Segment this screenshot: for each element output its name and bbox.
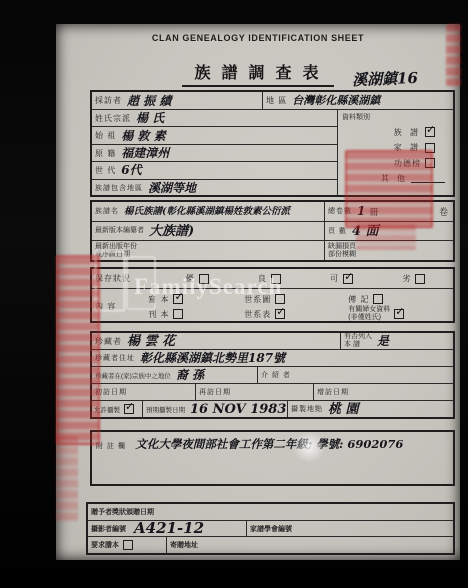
holder-address-value: 彰化縣溪湖鎮北勢里187號 — [140, 352, 285, 364]
handwritten-sheet-number: 溪湖鎮16 — [352, 67, 419, 90]
content-option-pedigree-table: 世系表 ✓ — [244, 309, 348, 320]
first-visit-label: 初訪日期 — [95, 387, 127, 397]
society-no-label: 家譜學會編號 — [250, 524, 292, 534]
area-label: 地 區 — [266, 95, 287, 106]
compiler-cell: 最新版本編纂者 大族譜) — [92, 221, 324, 241]
checkbox-good — [271, 274, 281, 284]
checkbox-film-permit: ✓ — [124, 404, 134, 414]
category-item-zupu: 族 譜 ✓ — [342, 127, 449, 138]
category-item-merit-board: 功德榜 — [342, 158, 449, 169]
generations-cell: 世 代 6代 — [92, 162, 337, 178]
missing-pages-label: 缺漏損頁部份模糊 — [328, 243, 356, 259]
checkbox-printed — [173, 309, 183, 319]
condition-option-fair: 可 ✓ — [330, 273, 353, 284]
film-date-value: 16 NOV 1983 — [190, 403, 286, 416]
content-option-pedigree-chart: 世系圖 — [244, 294, 348, 305]
condition-row: 保存狀況 優 良 可 ✓ 劣 — [92, 269, 453, 288]
second-visit-cell: 再訪日期 — [195, 384, 313, 400]
additional-visit-label: 增訪日期 — [317, 387, 349, 397]
form-title-chinese: 族譜調查表 — [182, 60, 333, 87]
photographer-no-value: A421-12 — [134, 521, 204, 536]
area-cell: 地 區 台灣彰化縣溪湖鎮 — [262, 92, 453, 109]
table-row: 世 代 6代 — [92, 161, 337, 178]
first-ancestor-cell: 始 祖 楊 敦 素 — [92, 127, 337, 143]
condition-option-good: 良 — [258, 273, 281, 284]
transcript-label: 要求謄本 — [91, 540, 119, 550]
condition-option-excellent: 優 — [186, 273, 209, 284]
film-date-cell: 預期攝製日期 16 NOV 1983 — [142, 401, 287, 417]
checkbox-pedigree-table: ✓ — [275, 309, 285, 319]
origin-cell: 原 籍 福建漳州 — [92, 145, 337, 161]
pages-label: 頁 數 — [328, 226, 347, 236]
checkbox-fair: ✓ — [343, 274, 353, 284]
holder-position-label: 珍藏者在(家)宗族中之地位 — [95, 371, 171, 380]
microfilm-photo-frame: CLAN GENEALOGY IDENTIFICATION SHEET 族譜調查… — [0, 0, 468, 588]
film-permit-label: 允許攝製 — [94, 405, 120, 414]
listed-cell: 有否列入本 譜 是 — [340, 333, 453, 349]
checkmark: ✓ — [426, 123, 435, 136]
photographer-no-label: 攝影者編號 — [91, 524, 126, 534]
film-permit-cell: 允許攝製 ✓ — [92, 401, 142, 417]
holder-address-cell: 珍藏者住址 彰化縣溪湖鎮北勢里187號 — [92, 350, 453, 366]
checkbox-poor — [415, 274, 425, 284]
content-option-women-data: 有關婦女資料(非僅姓氏) ✓ — [348, 306, 450, 322]
award-date-cell: 贈予者獎狀頒贈日期 — [88, 504, 453, 520]
first-ancestor-label: 始 祖 — [95, 130, 116, 141]
film-place-value: 桃 園 — [328, 403, 359, 416]
office-use-table: 贈予者獎狀頒贈日期 攝影者編號 A421-12 家譜學會編號 要求謄本 — [86, 502, 455, 555]
book-title-label: 族譜名 — [95, 206, 119, 216]
notes-label: 附 註 欄 — [96, 443, 126, 450]
pub-year-cell: 最新出版年份或序跋日期 — [92, 240, 324, 260]
second-visit-label: 再訪日期 — [199, 387, 231, 397]
category-jiapu-label: 家 譜 — [394, 142, 421, 153]
table-row: 初訪日期 再訪日期 增訪日期 — [92, 383, 453, 400]
condition-options: 優 良 可 ✓ 劣 — [161, 273, 450, 284]
checkbox-pedigree-chart — [275, 294, 285, 304]
surname-value: 楊 氏 — [136, 112, 164, 124]
missing-pages-cell: 缺漏損頁部份模糊 — [325, 240, 453, 260]
table-row: 攝影者編號 A421-12 家譜學會編號 — [88, 520, 453, 537]
interviewer-label: 採訪者 — [95, 95, 122, 106]
checkbox-manuscript: ✓ — [173, 294, 183, 304]
checkbox-women-data: ✓ — [394, 309, 404, 319]
generations-label: 世 代 — [95, 165, 116, 176]
holder-value: 楊 雲 花 — [127, 335, 175, 348]
book-info-right-column: 總卷數 1 冊 卷 頁 數 4 面 缺漏損頁部份模糊 — [324, 202, 453, 260]
other-fill-line — [411, 174, 445, 183]
generations-value: 6代 — [121, 164, 141, 176]
checkbox-transcript — [123, 540, 133, 550]
content-label: 內 容 — [95, 301, 116, 312]
interviewer-cell: 採訪者 趙 振 績 — [92, 92, 262, 109]
transcript-cell: 要求謄本 — [88, 537, 166, 553]
checkbox-jiapu — [425, 143, 435, 153]
table-row: 姓氏宗派 楊 氏 — [92, 110, 337, 126]
book-title-cell: 族譜名 楊氏族譜(彰化縣溪湖鎮楊姓敦素公衍派 — [92, 202, 324, 221]
condition-label: 保存狀況 — [95, 273, 131, 284]
table-row: 始 祖 楊 敦 素 — [92, 126, 337, 143]
category-merit-label: 功德榜 — [394, 158, 421, 169]
pages-cell: 頁 數 4 面 — [325, 221, 453, 241]
genealogy-form-document: CLAN GENEALOGY IDENTIFICATION SHEET 族譜調查… — [56, 24, 460, 560]
form-header-english: CLAN GENEALOGY IDENTIFICATION SHEET — [56, 33, 460, 43]
table-row: 珍藏者 楊 雲 花 有否列入本 譜 是 — [92, 333, 453, 349]
table-row: 珍藏者在(家)宗族中之地位 裔 孫 介 紹 者 — [92, 366, 453, 383]
data-category-box: 資料類別 族 譜 ✓ 家 譜 功德榜 其 他 — [337, 110, 453, 196]
table-row: 族譜包含地區 溪湖等地 — [92, 179, 337, 196]
category-other-label: 其 他 — [381, 173, 408, 184]
checkbox-excellent — [199, 274, 209, 284]
table-row: 允許攝製 ✓ 預期攝製日期 16 NOV 1983 攝製地點 桃 園 — [92, 400, 453, 417]
origin-label: 原 籍 — [95, 148, 116, 159]
society-no-cell: 家譜學會編號 — [246, 521, 453, 537]
send-address-label: 寄贈地址 — [170, 540, 198, 550]
book-info-left-column: 族譜名 楊氏族譜(彰化縣溪湖鎮楊姓敦素公衍派 最新版本編纂者 大族譜) 最新出版… — [92, 202, 324, 260]
notes-box: 附 註 欄 文化大學夜間部社會工作第二年級; 學號: 6902076 — [90, 430, 455, 486]
book-info-table: 族譜名 楊氏族譜(彰化縣溪湖鎮楊姓敦素公衍派 最新版本編纂者 大族譜) 最新出版… — [90, 200, 455, 262]
award-date-label: 贈予者獎狀頒贈日期 — [91, 507, 154, 517]
send-address-cell: 寄贈地址 — [166, 537, 453, 553]
holder-cell: 珍藏者 楊 雲 花 — [92, 333, 340, 349]
holder-label: 珍藏者 — [95, 336, 122, 347]
content-option-printed: 刊 本 — [148, 309, 244, 320]
checkbox-biography — [373, 294, 383, 304]
introducer-cell: 介 紹 者 — [257, 367, 453, 383]
volumes-unit2: 卷 — [439, 205, 448, 218]
table-row: 採訪者 趙 振 績 地 區 台灣彰化縣溪湖鎮 — [92, 92, 453, 109]
compiler-value: 大族譜) — [149, 225, 194, 238]
basic-info-table: 採訪者 趙 振 績 地 區 台灣彰化縣溪湖鎮 姓氏宗派 楊 氏 — [90, 90, 455, 197]
volumes-cell: 總卷數 1 冊 卷 — [325, 202, 453, 221]
interviewer-value: 趙 振 績 — [127, 95, 171, 107]
pub-year-label: 最新出版年份或序跋日期 — [95, 243, 137, 259]
film-date-label: 預期攝製日期 — [146, 405, 185, 414]
content-row: 內 容 寫 本 ✓ 世系圖 傳 記 刊 本 — [92, 288, 453, 324]
book-title-value: 楊氏族譜(彰化縣溪湖鎮楊姓敦素公衍派 — [124, 207, 290, 217]
notes-value: 文化大學夜間部社會工作第二年級; 學號: 6902076 — [135, 437, 403, 451]
origin-value: 福建漳州 — [121, 147, 169, 159]
listed-label: 有否列入本 譜 — [344, 333, 372, 349]
area-value: 台灣彰化縣溪湖鎮 — [292, 95, 380, 106]
category-item-other: 其 他 — [342, 173, 449, 184]
surname-label: 姓氏宗派 — [95, 113, 131, 124]
holder-address-label: 珍藏者住址 — [95, 353, 135, 363]
category-zupu-label: 族 譜 — [394, 127, 421, 138]
volumes-unit: 冊 — [369, 205, 378, 218]
checkbox-merit — [425, 158, 435, 168]
category-item-jiapu: 家 譜 — [342, 142, 449, 153]
content-option-biography: 傳 記 — [348, 294, 450, 305]
film-place-label: 攝製地點 — [291, 404, 323, 414]
coverage-label: 族譜包含地區 — [95, 183, 143, 193]
basic-info-left-column: 姓氏宗派 楊 氏 始 祖 楊 敦 素 原 籍 福建漳州 — [92, 110, 337, 196]
basic-info-body: 姓氏宗派 楊 氏 始 祖 楊 敦 素 原 籍 福建漳州 — [92, 109, 453, 196]
introducer-label: 介 紹 者 — [261, 370, 291, 380]
condition-option-poor: 劣 — [402, 273, 425, 284]
content-options: 寫 本 ✓ 世系圖 傳 記 刊 本 — [148, 292, 450, 322]
volumes-value: 1 — [357, 205, 365, 217]
listed-value: 是 — [377, 335, 389, 347]
first-ancestor-value: 楊 敦 素 — [121, 130, 165, 142]
compiler-label: 最新版本編纂者 — [95, 227, 144, 235]
coverage-cell: 族譜包含地區 溪湖等地 — [92, 180, 337, 196]
checkbox-zupu: ✓ — [425, 127, 435, 137]
first-visit-cell: 初訪日期 — [92, 384, 195, 400]
table-row: 要求謄本 寄贈地址 — [88, 536, 453, 553]
holder-position-cell: 珍藏者在(家)宗族中之地位 裔 孫 — [92, 367, 257, 383]
condition-content-table: 保存狀況 優 良 可 ✓ 劣 — [90, 267, 455, 323]
photographer-no-cell: 攝影者編號 A421-12 — [88, 521, 246, 537]
red-stamp-watermark — [56, 436, 78, 522]
table-row: 原 籍 福建漳州 — [92, 144, 337, 161]
film-place-cell: 攝製地點 桃 園 — [287, 401, 453, 417]
coverage-value: 溪湖等地 — [148, 182, 196, 194]
volumes-label: 總卷數 — [328, 206, 352, 216]
data-category-label: 資料類別 — [342, 112, 449, 122]
surname-cell: 姓氏宗派 楊 氏 — [92, 110, 337, 126]
additional-visit-cell: 增訪日期 — [313, 384, 453, 400]
holder-table: 珍藏者 楊 雲 花 有否列入本 譜 是 珍藏者住址 彰化縣溪湖鎮北勢里187號 … — [90, 331, 455, 419]
table-row: 珍藏者住址 彰化縣溪湖鎮北勢里187號 — [92, 349, 453, 366]
pages-value: 4 面 — [352, 225, 379, 238]
holder-position-value: 裔 孫 — [176, 369, 204, 381]
content-option-manuscript: 寫 本 ✓ — [148, 294, 244, 305]
table-row: 贈予者獎狀頒贈日期 — [88, 504, 453, 520]
